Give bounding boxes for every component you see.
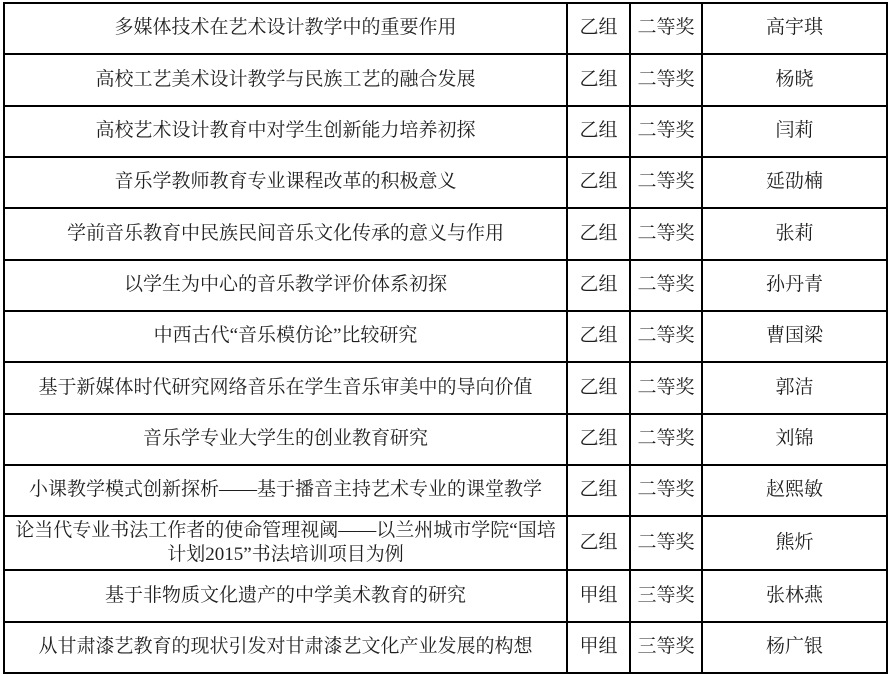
cell-name: 高宇琪 — [702, 3, 887, 54]
cell-award: 二等奖 — [630, 3, 702, 54]
cell-name: 孙丹青 — [702, 260, 887, 311]
cell-group: 乙组 — [567, 465, 630, 516]
cell-title: 高校工艺美术设计教学与民族工艺的融合发展 — [4, 54, 567, 105]
cell-group: 乙组 — [567, 260, 630, 311]
cell-name: 闫莉 — [702, 106, 887, 157]
cell-title: 高校艺术设计教育中对学生创新能力培养初探 — [4, 106, 567, 157]
cell-group: 乙组 — [567, 106, 630, 157]
table-row: 高校工艺美术设计教学与民族工艺的融合发展 乙组 二等奖 杨晓 — [4, 54, 887, 105]
table-row: 基于新媒体时代研究网络音乐在学生音乐审美中的导向价值 乙组 二等奖 郭洁 — [4, 362, 887, 413]
cell-group: 乙组 — [567, 362, 630, 413]
awards-table: 多媒体技术在艺术设计教学中的重要作用 乙组 二等奖 高宇琪 高校工艺美术设计教学… — [3, 2, 888, 674]
cell-title: 音乐学专业大学生的创业教育研究 — [4, 414, 567, 465]
cell-name: 熊炘 — [702, 516, 887, 570]
cell-award: 二等奖 — [630, 157, 702, 208]
table-row: 学前音乐教育中民族民间音乐文化传承的意义与作用 乙组 二等奖 张莉 — [4, 208, 887, 259]
cell-award: 三等奖 — [630, 570, 702, 621]
cell-award: 二等奖 — [630, 106, 702, 157]
table-row: 音乐学专业大学生的创业教育研究 乙组 二等奖 刘锦 — [4, 414, 887, 465]
cell-name: 郭洁 — [702, 362, 887, 413]
cell-title: 多媒体技术在艺术设计教学中的重要作用 — [4, 3, 567, 54]
table-row: 以学生为中心的音乐教学评价体系初探 乙组 二等奖 孙丹青 — [4, 260, 887, 311]
table-row: 基于非物质文化遗产的中学美术教育的研究 甲组 三等奖 张林燕 — [4, 570, 887, 621]
cell-award: 二等奖 — [630, 208, 702, 259]
cell-title: 中西古代“音乐模仿论”比较研究 — [4, 311, 567, 362]
cell-title: 音乐学教师教育专业课程改革的积极意义 — [4, 157, 567, 208]
cell-group: 乙组 — [567, 3, 630, 54]
cell-group: 甲组 — [567, 570, 630, 621]
cell-name: 曹国梁 — [702, 311, 887, 362]
cell-group: 乙组 — [567, 516, 630, 570]
table-row: 高校艺术设计教育中对学生创新能力培养初探 乙组 二等奖 闫莉 — [4, 106, 887, 157]
table-row: 多媒体技术在艺术设计教学中的重要作用 乙组 二等奖 高宇琪 — [4, 3, 887, 54]
table-row: 中西古代“音乐模仿论”比较研究 乙组 二等奖 曹国梁 — [4, 311, 887, 362]
cell-name: 张莉 — [702, 208, 887, 259]
cell-group: 乙组 — [567, 208, 630, 259]
cell-name: 赵熙敏 — [702, 465, 887, 516]
cell-name: 杨广银 — [702, 622, 887, 673]
cell-award: 二等奖 — [630, 311, 702, 362]
cell-name: 杨晓 — [702, 54, 887, 105]
cell-title: 基于新媒体时代研究网络音乐在学生音乐审美中的导向价值 — [4, 362, 567, 413]
cell-award: 二等奖 — [630, 362, 702, 413]
cell-name: 延劭楠 — [702, 157, 887, 208]
cell-title: 基于非物质文化遗产的中学美术教育的研究 — [4, 570, 567, 621]
awards-table-body: 多媒体技术在艺术设计教学中的重要作用 乙组 二等奖 高宇琪 高校工艺美术设计教学… — [4, 3, 887, 673]
cell-award: 二等奖 — [630, 414, 702, 465]
cell-title: 以学生为中心的音乐教学评价体系初探 — [4, 260, 567, 311]
cell-group: 乙组 — [567, 157, 630, 208]
cell-award: 二等奖 — [630, 260, 702, 311]
cell-group: 乙组 — [567, 54, 630, 105]
table-row: 音乐学教师教育专业课程改革的积极意义 乙组 二等奖 延劭楠 — [4, 157, 887, 208]
cell-group: 乙组 — [567, 414, 630, 465]
cell-title: 论当代专业书法工作者的使命管理视阈——以兰州城市学院“国培计划2015”书法培训… — [4, 516, 567, 570]
cell-title: 学前音乐教育中民族民间音乐文化传承的意义与作用 — [4, 208, 567, 259]
cell-group: 甲组 — [567, 622, 630, 673]
cell-group: 乙组 — [567, 311, 630, 362]
table-row: 从甘肃漆艺教育的现状引发对甘肃漆艺文化产业发展的构想 甲组 三等奖 杨广银 — [4, 622, 887, 673]
cell-award: 二等奖 — [630, 54, 702, 105]
cell-award: 三等奖 — [630, 622, 702, 673]
cell-name: 刘锦 — [702, 414, 887, 465]
cell-title: 从甘肃漆艺教育的现状引发对甘肃漆艺文化产业发展的构想 — [4, 622, 567, 673]
cell-title: 小课教学模式创新探析——基于播音主持艺术专业的课堂教学 — [4, 465, 567, 516]
table-row: 小课教学模式创新探析——基于播音主持艺术专业的课堂教学 乙组 二等奖 赵熙敏 — [4, 465, 887, 516]
cell-award: 二等奖 — [630, 516, 702, 570]
cell-award: 二等奖 — [630, 465, 702, 516]
table-row: 论当代专业书法工作者的使命管理视阈——以兰州城市学院“国培计划2015”书法培训… — [4, 516, 887, 570]
cell-name: 张林燕 — [702, 570, 887, 621]
